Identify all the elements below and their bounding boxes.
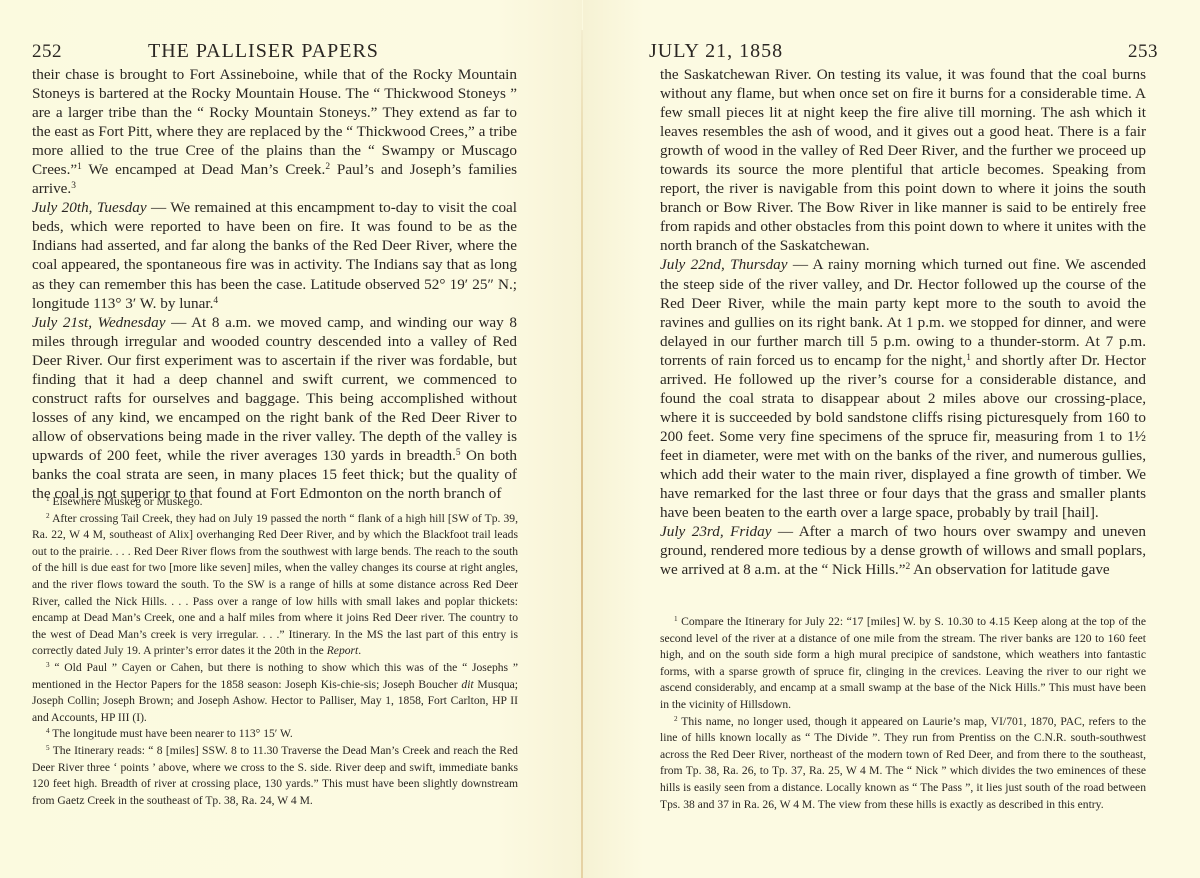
footnote-number: 2 xyxy=(46,512,50,520)
footnote-text: “ Old Paul ” Cayen or Cahen, but there i… xyxy=(32,661,518,691)
footnote: 1 Compare the Itinerary for July 22: “17… xyxy=(660,614,1146,714)
footnote-tail: . xyxy=(358,644,361,657)
running-head-right: JULY 21, 1858 xyxy=(649,38,783,64)
right-page: JULY 21, 1858 253 the Saskatchewan River… xyxy=(583,0,1200,878)
footnote-ref: 3 xyxy=(71,181,76,191)
footnote: 4 The longitude must have been nearer to… xyxy=(32,726,518,743)
footnote-number: 5 xyxy=(46,744,50,752)
body-paragraph: July 20th, Tuesday — We remained at this… xyxy=(32,198,517,312)
body-text-run: — At 8 a.m. we moved camp, and winding o… xyxy=(32,314,517,464)
footnote-text: This name, no longer used, though it app… xyxy=(660,715,1146,811)
footnote-number: 4 xyxy=(46,727,50,735)
footnote: 5 The Itinerary reads: “ 8 [miles] SSW. … xyxy=(32,743,518,809)
footnote-text: The longitude must have been nearer to 1… xyxy=(52,727,293,740)
entry-date: July 20th, Tuesday xyxy=(32,199,147,216)
footnote-italic: dit xyxy=(461,678,473,691)
body-paragraph: the Saskatchewan River. On testing its v… xyxy=(660,65,1146,255)
right-footnotes: 1 Compare the Itinerary for July 22: “17… xyxy=(660,614,1146,813)
footnote-text: Compare the Itinerary for July 22: “17 [… xyxy=(660,615,1146,711)
book-spread: 252 THE PALLISER PAPERS their chase is b… xyxy=(0,0,1200,878)
entry-date: July 22nd, Thursday xyxy=(660,256,788,273)
body-paragraph: July 22nd, Thursday — A rainy morning wh… xyxy=(660,255,1146,522)
body-text-run: and shortly after Dr. Hector arrived. He… xyxy=(660,352,1146,521)
footnote: 2 This name, no longer used, though it a… xyxy=(660,714,1146,814)
footnote: 1 Elsewhere Muskeg or Muskego. xyxy=(32,494,518,511)
entry-date: July 21st, Wednesday xyxy=(32,314,165,331)
body-paragraph: their chase is brought to Fort Assineboi… xyxy=(32,65,517,198)
body-text-run: We encamped at Dead Man’s Creek. xyxy=(82,161,325,178)
footnote-number: 1 xyxy=(46,495,50,503)
footnote-number: 3 xyxy=(46,661,50,669)
page-number-right: 253 xyxy=(1128,40,1158,64)
footnote-italic: Report xyxy=(327,644,359,657)
footnote-number: 1 xyxy=(674,615,678,623)
footnote-text: After crossing Tail Creek, they had on J… xyxy=(32,512,518,658)
body-text-run: the Saskatchewan River. On testing its v… xyxy=(660,66,1146,254)
right-body-text: the Saskatchewan River. On testing its v… xyxy=(660,65,1146,579)
page-number-left: 252 xyxy=(32,40,62,64)
left-footnotes: 1 Elsewhere Muskeg or Muskego.2 After cr… xyxy=(32,494,518,809)
footnote-number: 2 xyxy=(674,715,678,723)
left-body-text: their chase is brought to Fort Assineboi… xyxy=(32,65,517,503)
footnote: 2 After crossing Tail Creek, they had on… xyxy=(32,511,518,660)
entry-date: July 23rd, Friday xyxy=(660,523,771,540)
body-paragraph: July 21st, Wednesday — At 8 a.m. we move… xyxy=(32,313,517,503)
footnote-ref: 4 xyxy=(213,295,218,305)
footnote-text: Elsewhere Muskeg or Muskego. xyxy=(53,495,203,508)
body-paragraph: July 23rd, Friday — After a march of two… xyxy=(660,522,1146,579)
running-head-left: THE PALLISER PAPERS xyxy=(148,38,379,64)
footnote: 3 “ Old Paul ” Cayen or Cahen, but there… xyxy=(32,660,518,726)
left-page: 252 THE PALLISER PAPERS their chase is b… xyxy=(0,0,582,878)
footnote-text: The Itinerary reads: “ 8 [miles] SSW. 8 … xyxy=(32,744,518,807)
body-text-run: An observation for latitude gave xyxy=(910,561,1110,578)
